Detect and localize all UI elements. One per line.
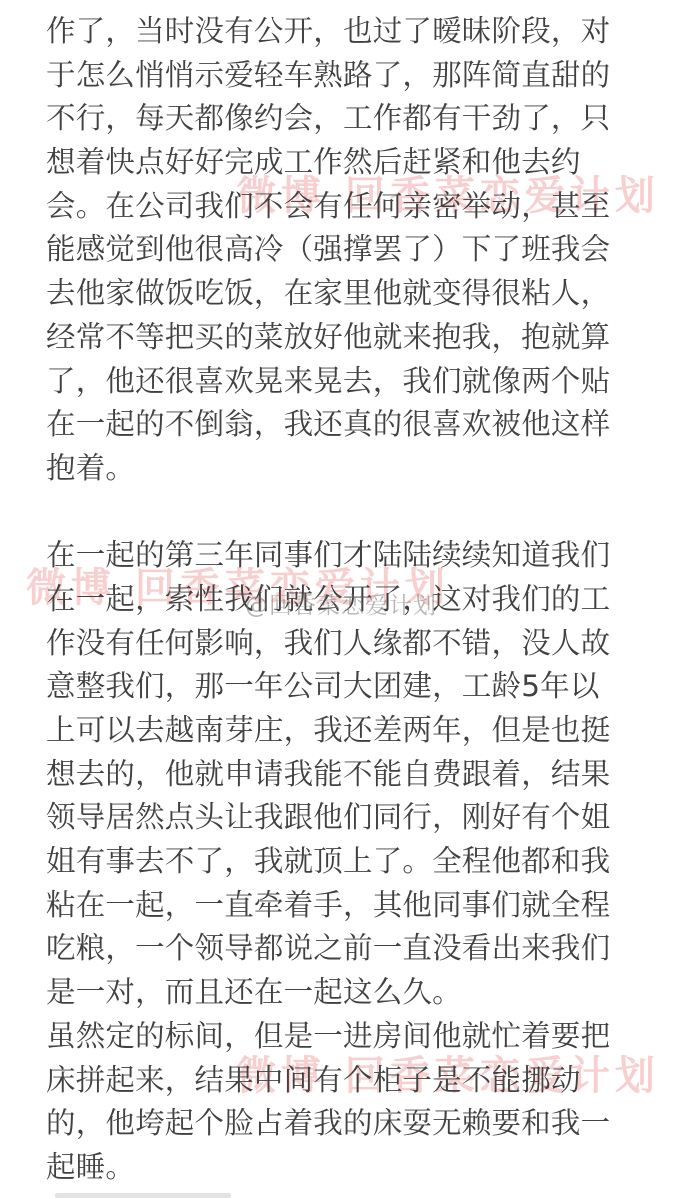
text-line: 的，他垮起个脸占着我的床耍无赖要和我一: [46, 1102, 690, 1146]
text-line: 意整我们，那一年公司大团建，工龄5年以: [46, 665, 690, 709]
text-line: 床拼起来，结果中间有个柜子是不能挪动: [46, 1059, 690, 1103]
text-line: 作了，当时没有公开，也过了暧昧阶段，对: [46, 10, 690, 54]
text-line: 作没有任何影响，我们人缘都不错，没人故: [46, 622, 690, 666]
text-line: 在一起的不倒翁，我还真的很喜欢被他这样: [46, 403, 690, 447]
text-line: [46, 491, 690, 535]
text-line: 粘在一起，一直牵着手，其他同事们就全程: [46, 884, 690, 928]
text-line: 起睡。: [46, 1146, 690, 1190]
text-line: 抱着。: [46, 447, 690, 491]
text-line: 了，他还很喜欢晃来晃去，我们就像两个贴: [46, 360, 690, 404]
text-line: 领导居然点头让我跟他们同行，刚好有个姐: [46, 796, 690, 840]
text-line: 于怎么悄悄示爱轻车熟路了，那阵简直甜的: [46, 54, 690, 98]
story-text: 作了，当时没有公开，也过了暧昧阶段，对于怎么悄悄示爱轻车熟路了，那阵简直甜的不行…: [46, 10, 690, 1190]
text-line: 想着快点好好完成工作然后赶紧和他去约: [46, 141, 690, 185]
text-line: 去他家做饭吃饭，在家里他就变得很粘人，: [46, 272, 690, 316]
text-line: 是一对，而且还在一起这么久。: [46, 971, 690, 1015]
text-line: 会。在公司我们不会有任何亲密举动，甚至: [46, 185, 690, 229]
text-line: 姐有事去不了，我就顶上了。全程他都和我: [46, 840, 690, 884]
text-line: 在一起的第三年同事们才陆陆续续知道我们: [46, 534, 690, 578]
text-line: 上可以去越南芽庄，我还差两年，但是也挺: [46, 709, 690, 753]
weibo-story-post: 微博 回香菜恋爱计划 微博 回香菜恋爱计划 @回香菜恋爱计划 微博 回香菜恋爱计…: [0, 0, 690, 1199]
text-line: 虽然定的标间，但是一进房间他就忙着要把: [46, 1015, 690, 1059]
text-line: 在一起，索性我们就公开了，这对我们的工: [46, 578, 690, 622]
cutoff-next-line-sliver: [55, 1193, 231, 1198]
text-line: 经常不等把买的菜放好他就来抱我，抱就算: [46, 316, 690, 360]
text-line: 不行，每天都像约会，工作都有干劲了，只: [46, 97, 690, 141]
text-line: 吃粮，一个领导都说之前一直没看出来我们: [46, 927, 690, 971]
text-line: 想去的，他就申请我能不能自费跟着，结果: [46, 753, 690, 797]
text-line: 能感觉到他很高冷（强撑罢了）下了班我会: [46, 228, 690, 272]
